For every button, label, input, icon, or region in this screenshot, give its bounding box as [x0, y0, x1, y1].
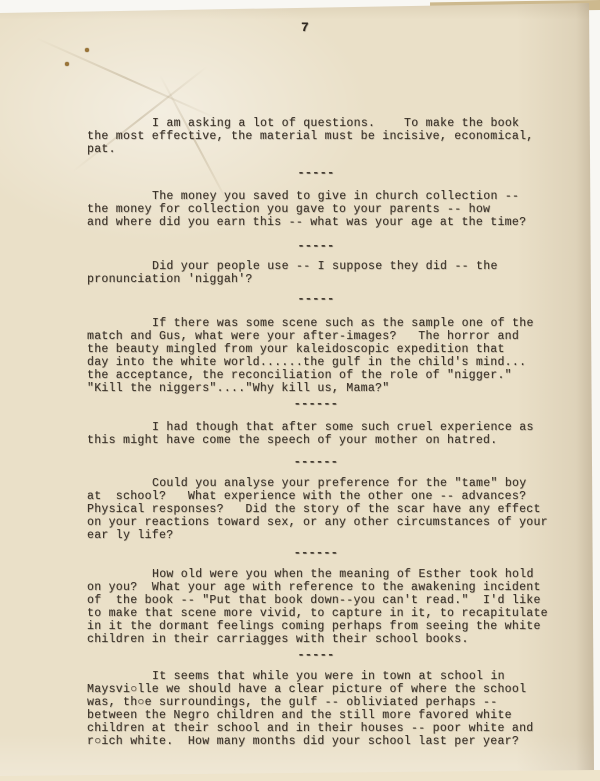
- typed-paragraph: I am asking a lot of questions. To make …: [87, 117, 557, 156]
- typed-paragraph: Did your people use -- I suppose they di…: [87, 260, 557, 286]
- section-separator: -----: [87, 240, 545, 253]
- pin-speck: [65, 62, 69, 66]
- typed-paragraph: How old were you when the meaning of Est…: [87, 568, 557, 646]
- typed-paragraph: Could you analyse your preference for th…: [87, 477, 557, 542]
- typed-paragraph: The money you saved to give in church co…: [87, 190, 557, 229]
- scanned-page: 7 I am asking a lot of questions. To mak…: [0, 0, 600, 781]
- typed-paragraph: It seems that while you were in town at …: [87, 670, 557, 748]
- page-number: 7: [301, 20, 310, 35]
- section-separator: ------: [87, 547, 545, 560]
- section-separator: ------: [87, 456, 545, 469]
- section-separator: ------: [87, 398, 545, 411]
- section-separator: -----: [87, 649, 545, 662]
- section-separator: -----: [87, 167, 545, 180]
- typed-paragraph: I had though that after some such cruel …: [87, 421, 557, 447]
- typed-paragraph: If there was some scene such as the samp…: [87, 317, 557, 395]
- pin-speck: [85, 48, 89, 52]
- section-separator: -----: [87, 293, 545, 306]
